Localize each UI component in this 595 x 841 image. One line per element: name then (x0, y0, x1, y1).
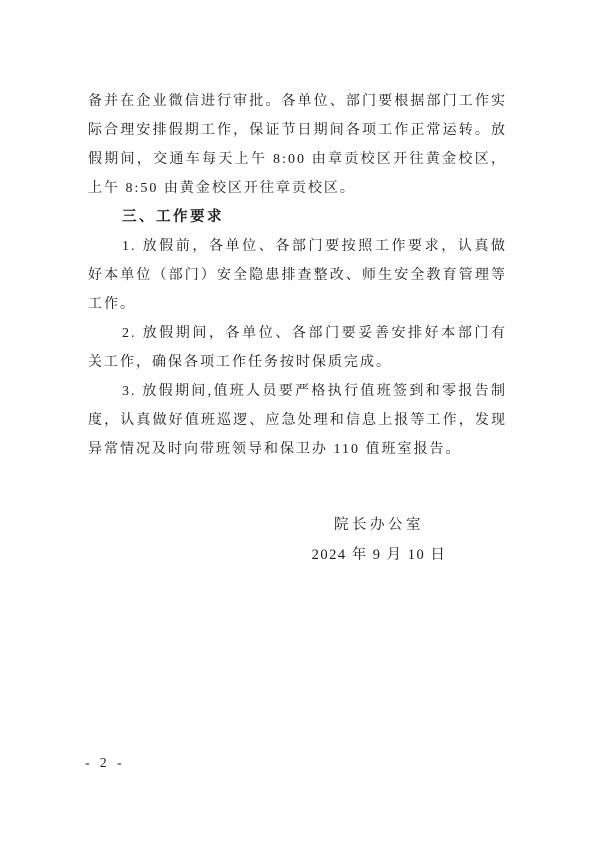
section-heading: 三、工作要求 (88, 203, 507, 232)
signature-department: 院长办公室 (248, 510, 510, 540)
numbered-item-3: 3. 放假期间,值班人员要严格执行值班签到和零报告制度，认真做好值班巡逻、应急处… (88, 377, 507, 464)
numbered-item-1: 1. 放假前，各单位、各部门要按照工作要求，认真做好本单位（部门）安全隐患排查整… (88, 232, 507, 319)
page-number: - 2 - (85, 755, 125, 771)
signature-block: 院长办公室 2024 年 9 月 10 日 (248, 510, 510, 570)
signature-date: 2024 年 9 月 10 日 (248, 540, 510, 570)
document-page: 备并在企业微信进行审批。各单位、部门要根据部门工作实际合理安排假期工作，保证节日… (0, 0, 595, 841)
numbered-item-2: 2. 放假期间，各单位、各部门要妥善安排好本部门有关工作，确保各项工作任务按时保… (88, 319, 507, 377)
document-body: 备并在企业微信进行审批。各单位、部门要根据部门工作实际合理安排假期工作，保证节日… (88, 87, 507, 464)
paragraph-continuation: 备并在企业微信进行审批。各单位、部门要根据部门工作实际合理安排假期工作，保证节日… (88, 87, 507, 203)
